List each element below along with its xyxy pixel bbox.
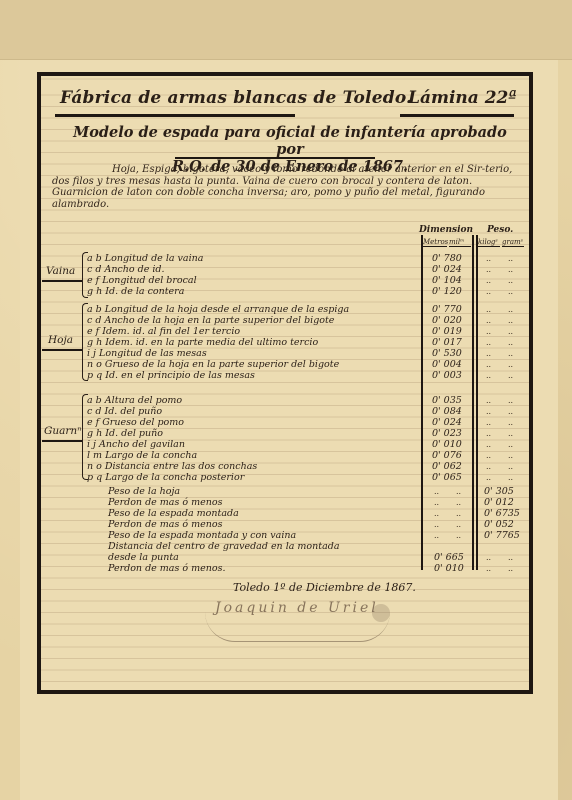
dimension-value: 0' 019 bbox=[432, 326, 462, 337]
empty-mark: .. bbox=[434, 497, 439, 508]
table-row: c d Id. del puño bbox=[87, 406, 162, 417]
dimension-value: 0' 770 bbox=[432, 304, 462, 315]
empty-mark: .. bbox=[508, 472, 513, 483]
table-row: a b Longitud de la vaina bbox=[87, 253, 203, 264]
dimension-value: 0' 017 bbox=[432, 337, 462, 348]
place-date: Toledo 1º de Diciembre de 1867. bbox=[233, 581, 416, 594]
table-row: n o Grueso de la hoja en la parte superi… bbox=[87, 359, 339, 370]
table-row: e f Idem. id. al fin del 1er tercio bbox=[87, 326, 240, 337]
dimension-value: 0' 120 bbox=[432, 286, 462, 297]
table-row: p q Largo de la concha posterior bbox=[87, 472, 244, 483]
dimension-value: 0' 003 bbox=[432, 370, 462, 381]
description-paragraph: Hoja, Espiga, bigotera, vaceo y lomo red… bbox=[52, 164, 520, 210]
dimension-value: 0' 104 bbox=[432, 275, 462, 286]
empty-mark: .. bbox=[486, 417, 491, 428]
empty-mark: .. bbox=[508, 264, 513, 275]
group-label-guarnicion: Guarnⁿ bbox=[44, 425, 81, 437]
group-label-hoja: Hoja bbox=[48, 334, 73, 346]
empty-mark: .. bbox=[486, 428, 491, 439]
table-row: g h Id. de la contera bbox=[87, 286, 184, 297]
gram-subheader: gramˢ bbox=[502, 238, 524, 247]
totals-row: Distancia del centro de gravedad en la m… bbox=[108, 541, 340, 552]
empty-mark: .. bbox=[434, 486, 439, 497]
dimension-value: 0' 076 bbox=[432, 450, 462, 461]
peso-value: 0' 012 bbox=[484, 497, 514, 508]
title-underline bbox=[55, 114, 295, 117]
empty-mark: .. bbox=[508, 337, 513, 348]
mil-subheader: milᵐ bbox=[449, 238, 471, 247]
totals-row: Peso de la espada montada y con vaina bbox=[108, 530, 296, 541]
signature-flourish bbox=[205, 612, 390, 642]
table-row: n o Distancia entre las dos conchas bbox=[87, 461, 257, 472]
empty-mark: .. bbox=[434, 519, 439, 530]
group-underline bbox=[42, 280, 82, 282]
dimension-value: 0' 020 bbox=[432, 315, 462, 326]
empty-mark: .. bbox=[486, 315, 491, 326]
empty-mark: .. bbox=[486, 253, 491, 264]
empty-mark: .. bbox=[508, 450, 513, 461]
empty-mark: .. bbox=[486, 406, 491, 417]
metros-subheader: Metros bbox=[423, 238, 447, 247]
empty-mark: .. bbox=[434, 508, 439, 519]
empty-mark: .. bbox=[486, 264, 491, 275]
group-underline bbox=[42, 440, 82, 442]
peso-value: 0' 6735 bbox=[484, 508, 520, 519]
group-label-vaina: Vaina bbox=[46, 265, 75, 277]
empty-mark: .. bbox=[508, 275, 513, 286]
totals-row: desde la punta bbox=[108, 552, 179, 563]
table-row: g h Id. del puño bbox=[87, 428, 163, 439]
empty-mark: .. bbox=[486, 439, 491, 450]
empty-mark: .. bbox=[486, 395, 491, 406]
empty-mark: .. bbox=[456, 530, 461, 541]
empty-mark: .. bbox=[486, 348, 491, 359]
empty-mark: .. bbox=[508, 552, 513, 563]
empty-mark: .. bbox=[508, 395, 513, 406]
totals-row: Perdon de mas ó menos. bbox=[108, 563, 225, 574]
table-row: i j Ancho del gavilan bbox=[87, 439, 185, 450]
factory-title: Fábrica de armas blancas de Toledo. bbox=[60, 88, 412, 108]
empty-mark: .. bbox=[508, 326, 513, 337]
peso-value: 0' 7765 bbox=[484, 530, 520, 541]
empty-mark: .. bbox=[456, 497, 461, 508]
dimension-value: 0' 024 bbox=[432, 264, 462, 275]
empty-mark: .. bbox=[486, 370, 491, 381]
table-row: e f Grueso del pomo bbox=[87, 417, 184, 428]
dimension-value: 0' 010 bbox=[432, 439, 462, 450]
empty-mark: .. bbox=[456, 519, 461, 530]
empty-mark: .. bbox=[456, 508, 461, 519]
totals-row: Perdon de mas ó menos bbox=[108, 519, 222, 530]
dimension-value: 0' 024 bbox=[432, 417, 462, 428]
empty-mark: .. bbox=[486, 337, 491, 348]
empty-mark: .. bbox=[508, 406, 513, 417]
subtitle-line-1: Modelo de espada para oficial de infante… bbox=[60, 124, 520, 158]
dimension-value: 0' 035 bbox=[432, 395, 462, 406]
empty-mark: .. bbox=[486, 359, 491, 370]
table-row: e f Longitud del brocal bbox=[87, 275, 197, 286]
empty-mark: .. bbox=[456, 486, 461, 497]
dimension-value: 0' 780 bbox=[432, 253, 462, 264]
column-rule bbox=[476, 235, 478, 570]
empty-mark: .. bbox=[508, 315, 513, 326]
empty-mark: .. bbox=[508, 286, 513, 297]
dimension-value: 0' 004 bbox=[432, 359, 462, 370]
table-row: a b Altura del pomo bbox=[87, 395, 182, 406]
empty-mark: .. bbox=[486, 326, 491, 337]
empty-mark: .. bbox=[508, 253, 513, 264]
totals-row: Peso de la espada montada bbox=[108, 508, 239, 519]
dimension-value: 0' 065 bbox=[432, 472, 462, 483]
totals-row: Perdon de mas ó menos bbox=[108, 497, 222, 508]
table-row: i j Longitud de las mesas bbox=[87, 348, 207, 359]
table-row: g h Idem. id. en la parte media del ulti… bbox=[87, 337, 318, 348]
dimension-value: 0' 010 bbox=[434, 563, 464, 574]
peso-header: Peso. bbox=[487, 225, 513, 235]
empty-mark: .. bbox=[508, 359, 513, 370]
peso-value: 0' 052 bbox=[484, 519, 514, 530]
column-rule bbox=[421, 235, 423, 570]
empty-mark: .. bbox=[434, 530, 439, 541]
dimension-header: Dimension bbox=[419, 225, 473, 235]
table-row: p q Id. en el principio de las mesas bbox=[87, 370, 255, 381]
empty-mark: .. bbox=[508, 428, 513, 439]
kilog-subheader: kilogˢ bbox=[478, 238, 500, 247]
table-row: c d Ancho de la hoja en la parte superio… bbox=[87, 315, 334, 326]
empty-mark: .. bbox=[486, 563, 491, 574]
empty-mark: .. bbox=[508, 417, 513, 428]
scan-top-strip bbox=[0, 0, 572, 60]
dimension-value: 0' 530 bbox=[432, 348, 462, 359]
empty-mark: .. bbox=[508, 563, 513, 574]
dimension-value: 0' 023 bbox=[432, 428, 462, 439]
dimension-value: 0' 084 bbox=[432, 406, 462, 417]
dimension-value: 0' 665 bbox=[434, 552, 464, 563]
empty-mark: .. bbox=[486, 461, 491, 472]
empty-mark: .. bbox=[486, 275, 491, 286]
table-row: c d Ancho de id. bbox=[87, 264, 164, 275]
empty-mark: .. bbox=[486, 286, 491, 297]
empty-mark: .. bbox=[486, 552, 491, 563]
empty-mark: .. bbox=[508, 461, 513, 472]
empty-mark: .. bbox=[508, 348, 513, 359]
empty-mark: .. bbox=[508, 304, 513, 315]
peso-value: 0' 305 bbox=[484, 486, 514, 497]
empty-mark: .. bbox=[486, 450, 491, 461]
table-row: a b Longitud de la hoja desde el arranqu… bbox=[87, 304, 349, 315]
ink-stain bbox=[372, 604, 390, 622]
empty-mark: .. bbox=[508, 370, 513, 381]
table-row: l m Largo de la concha bbox=[87, 450, 197, 461]
column-rule bbox=[472, 235, 474, 570]
empty-mark: .. bbox=[508, 439, 513, 450]
empty-mark: .. bbox=[486, 472, 491, 483]
plate-underline bbox=[400, 114, 514, 117]
dimension-value: 0' 062 bbox=[432, 461, 462, 472]
totals-row: Peso de la hoja bbox=[108, 486, 180, 497]
empty-mark: .. bbox=[486, 304, 491, 315]
subtitle-underline bbox=[175, 157, 375, 159]
plate-number: Lámina 22ª bbox=[408, 88, 517, 108]
group-underline bbox=[42, 349, 82, 351]
